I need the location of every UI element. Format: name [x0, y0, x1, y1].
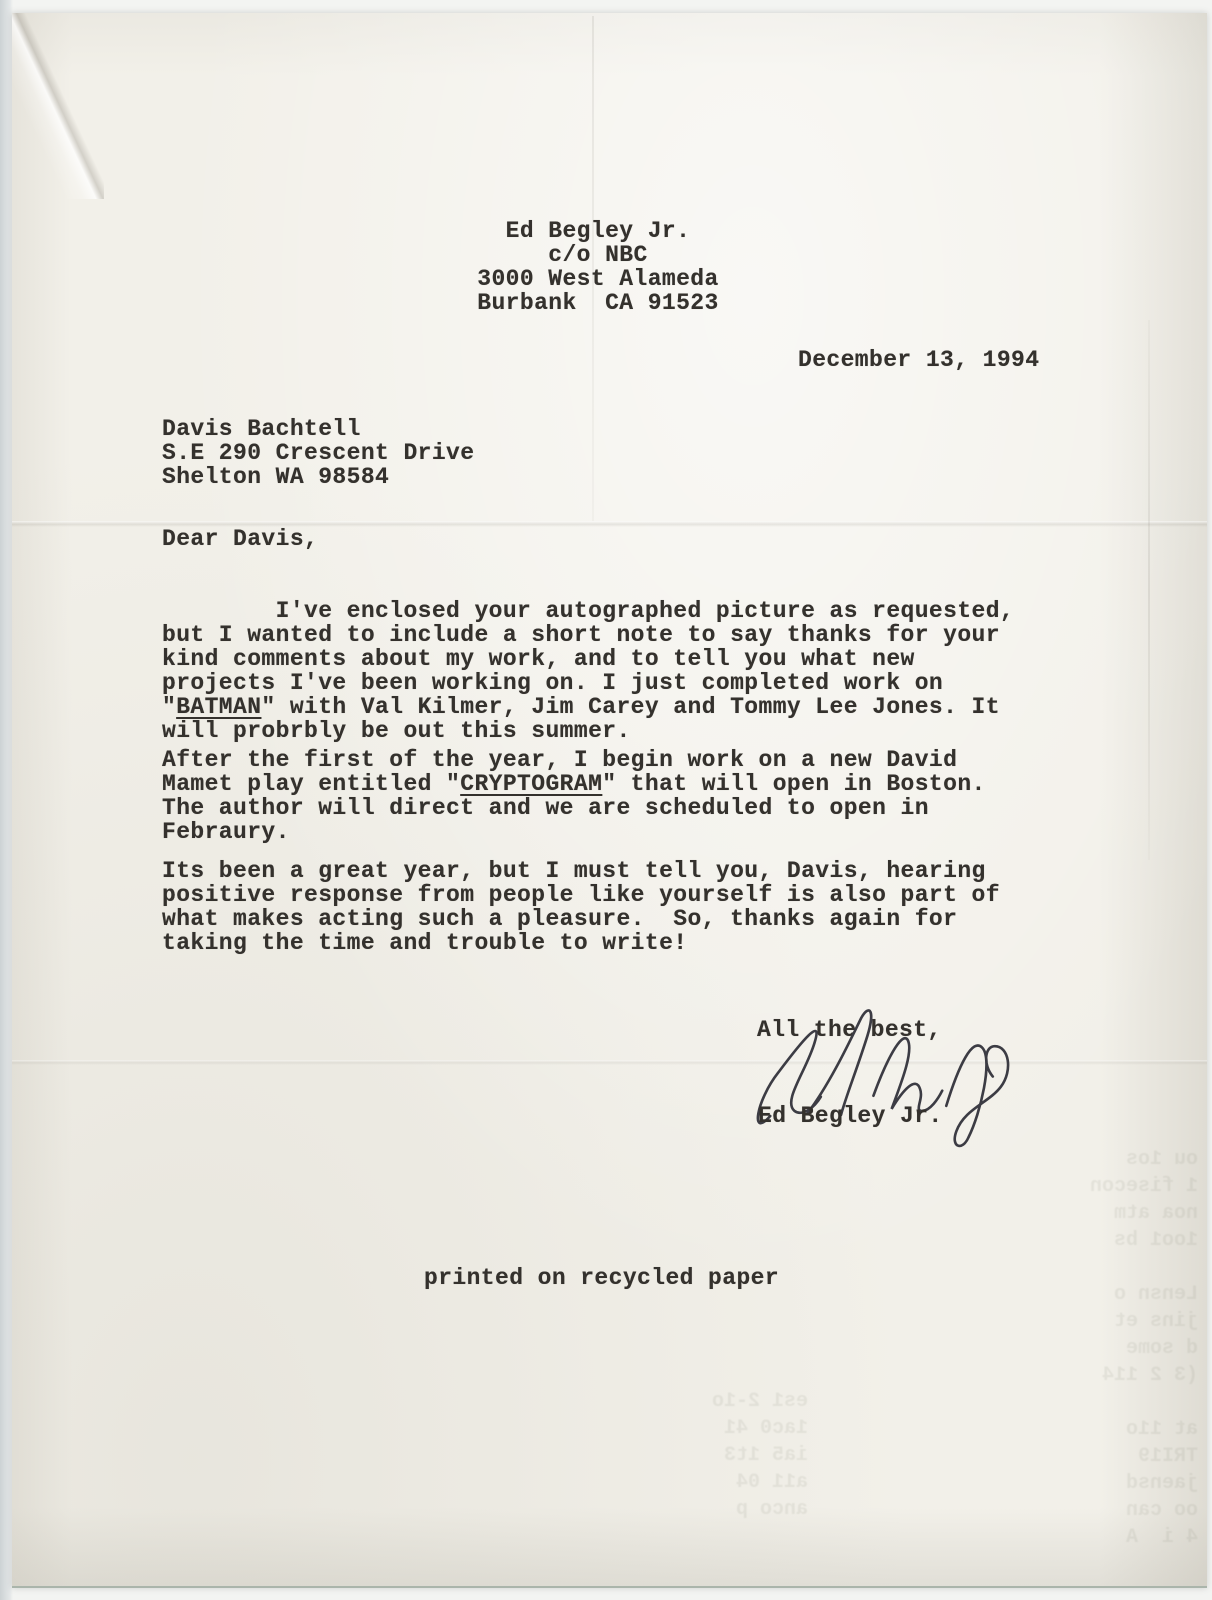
- salutation: Dear Davis,: [162, 527, 318, 551]
- corner-fold-crease: [12, 13, 104, 199]
- typed-signature-name: Ed Begley Jr.: [758, 1104, 943, 1128]
- recycled-paper-note: printed on recycled paper: [424, 1266, 779, 1290]
- recipient-address-block: Davis Bachtell S.E 290 Crescent Drive Sh…: [162, 417, 474, 489]
- body-paragraph-1: I've enclosed your autographed picture a…: [162, 599, 1014, 743]
- ink-bleedthrough-middle: es1 2-1o 1ac0 41 ia5 1t3 a11 04 anco p: [688, 1388, 808, 1523]
- body-paragraph-2: After the first of the year, I begin wor…: [162, 748, 986, 844]
- scanned-letter: Ed Begley Jr. c/o NBC 3000 West Alameda …: [0, 0, 1212, 1600]
- sender-address-block: Ed Begley Jr. c/o NBC 3000 West Alameda …: [418, 219, 778, 315]
- ink-bleedthrough-right: ou 1os 1 fisecon noa atm 1oo1 bs Lensn o…: [1068, 1146, 1198, 1551]
- letter-date: December 13, 1994: [798, 348, 1039, 372]
- body-paragraph-3: Its been a great year, but I must tell y…: [162, 859, 1000, 955]
